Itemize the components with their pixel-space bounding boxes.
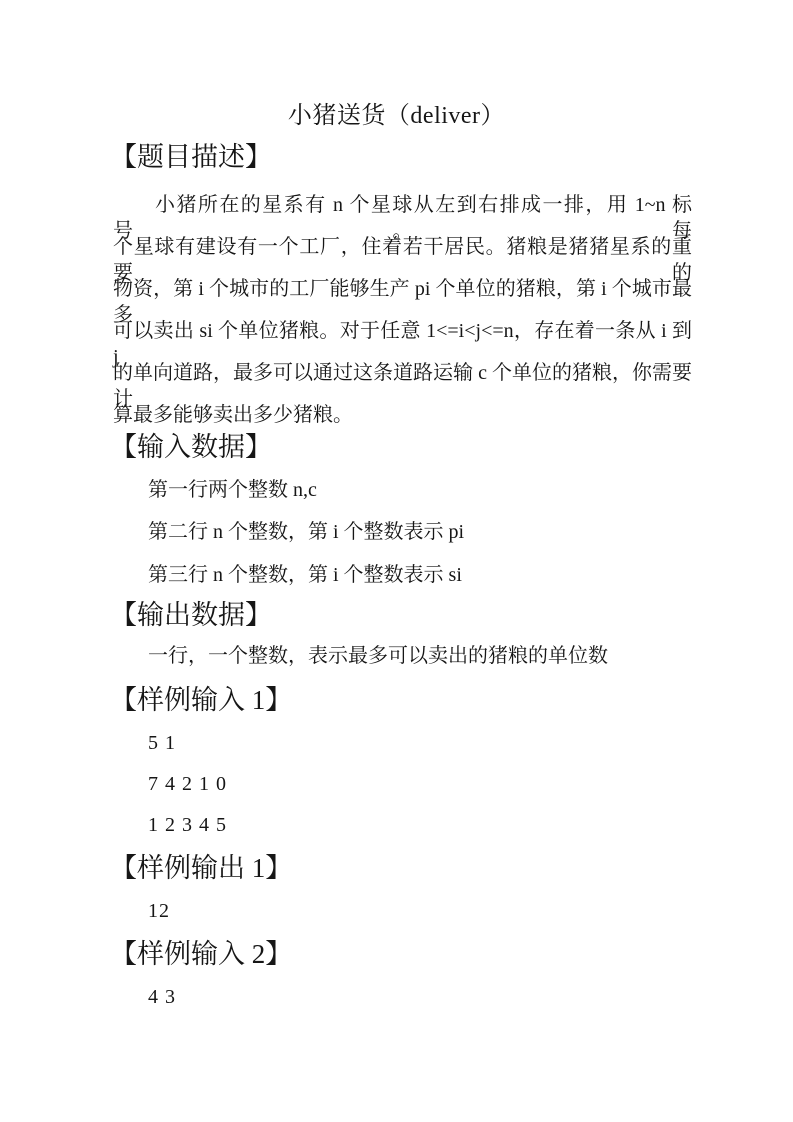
section-heading-sample-input-1: 【样例输入 1】 [110, 683, 710, 717]
input-spec-line: 第二行 n 个整数，第 i 个整数表示 pi [148, 519, 692, 545]
section-heading-sample-output-1: 【样例输出 1】 [110, 851, 710, 885]
section-heading-description: 【题目描述】 [110, 140, 710, 174]
section-heading-output: 【输出数据】 [110, 598, 710, 632]
section-heading-sample-input-2: 【样例输入 2】 [110, 937, 710, 971]
sample-input-2-line: 4 3 [148, 984, 692, 1010]
sample-input-1-line: 1 2 3 4 5 [148, 812, 692, 838]
description-line: 算最多能够卖出多少猪粮。 [113, 402, 692, 428]
sample-input-1-line: 5 1 [148, 730, 692, 756]
document-page: 小猪送货（deliver） 【题目描述】 小猪所在的星系有 n 个星球从左到右排… [0, 0, 793, 1122]
sample-output-1-line: 12 [148, 898, 692, 924]
input-spec-line: 第一行两个整数 n,c [148, 477, 692, 503]
input-spec-line: 第三行 n 个整数，第 i 个整数表示 si [148, 562, 692, 588]
page-title: 小猪送货（deliver） [0, 101, 793, 131]
output-spec-line: 一行，一个整数，表示最多可以卖出的猪粮的单位数 [148, 643, 692, 669]
section-heading-input: 【输入数据】 [110, 430, 710, 464]
sample-input-1-line: 7 4 2 1 0 [148, 771, 692, 797]
